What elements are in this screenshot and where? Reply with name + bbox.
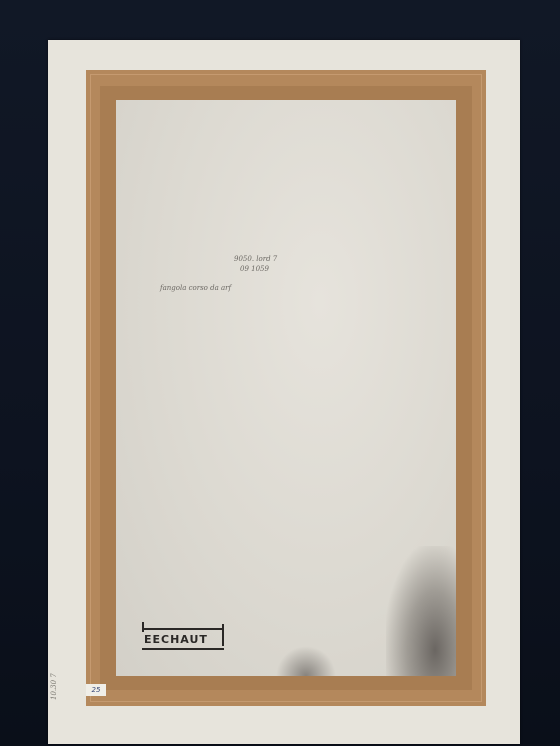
ink-wash-trees — [386, 546, 456, 676]
stamp-text: EECHAUT — [144, 633, 208, 646]
artwork-paper — [116, 100, 456, 676]
artist-stamp: EECHAUT — [140, 622, 226, 650]
pencil-note-catalog-number: 09 1059 — [240, 265, 269, 273]
pencil-note-description: fangola corso da arf — [160, 284, 231, 292]
ink-wash-hut — [276, 646, 336, 676]
pencil-note-catalog: 9050. lord 7 — [234, 255, 277, 263]
edge-pencil-note: 10.30 7 — [50, 673, 58, 700]
inventory-label: 25 — [86, 684, 106, 696]
